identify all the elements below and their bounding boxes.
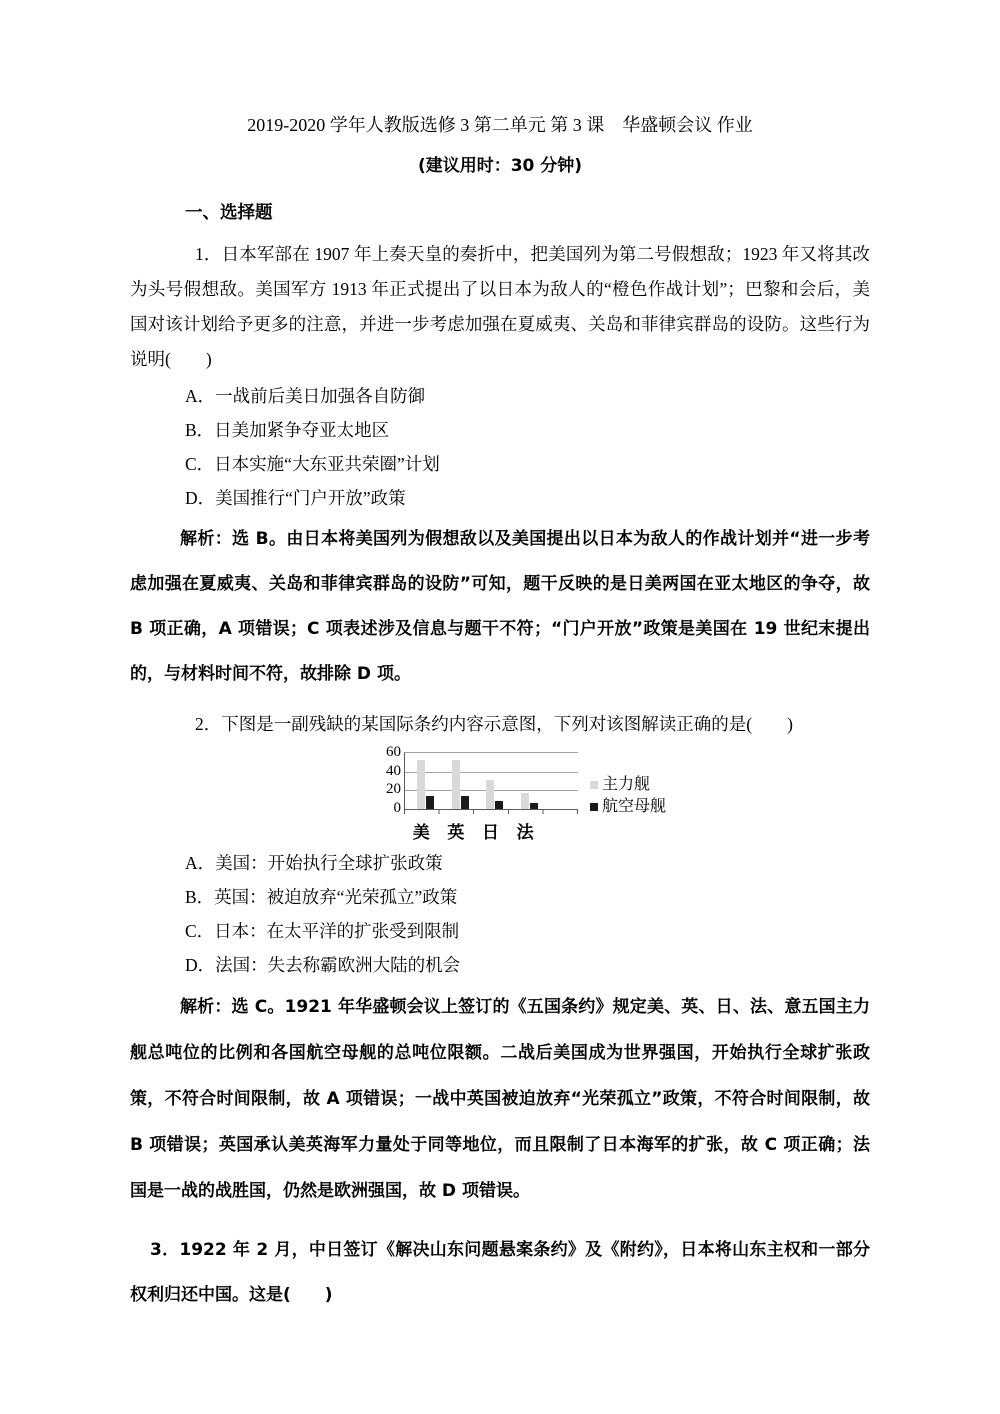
legend-item-carriers: 航空母舰	[590, 796, 666, 818]
category-label-uk: 英	[439, 818, 474, 843]
bar-carriers-uk	[461, 796, 469, 809]
bar-carriers-us	[426, 796, 434, 809]
question-2-options: A．美国：开始执行全球扩张政策 B．英国：被迫放弃“光荣孤立”政策 C．日本：在…	[130, 846, 870, 982]
chart-category-labels: 美 英 日 法	[404, 818, 577, 843]
document-title: 2019-2020 学年人教版选修 3 第二单元 第 3 课 华盛顿会议 作业	[130, 112, 870, 138]
bar-group-france	[509, 753, 544, 809]
treaty-tonnage-bar-chart: 60 40 20 0	[378, 752, 870, 842]
category-label-france: 法	[508, 818, 543, 843]
question-2-analysis: 解析：选 C。1921 年华盛顿会议上签订的《五国条约》规定美、英、日、法、意五…	[130, 984, 870, 1214]
question-1-option-a: A．一战前后美日加强各自防御	[185, 379, 870, 413]
category-label-us: 美	[404, 818, 439, 843]
question-1-option-b: B．日美加紧争夺亚太地区	[185, 413, 870, 447]
question-1-option-d: D．美国推行“门户开放”政策	[185, 481, 870, 515]
y-tick-0: 0	[378, 800, 401, 816]
chart-plot-area	[404, 752, 578, 810]
document-page: 2019-2020 学年人教版选修 3 第二单元 第 3 课 华盛顿会议 作业 …	[0, 0, 1000, 1414]
bar-group-uk	[440, 753, 475, 809]
bar-group-us	[405, 753, 440, 809]
legend-swatch-carriers	[590, 803, 598, 811]
legend-item-capital-ships: 主力舰	[590, 774, 666, 796]
y-tick-40: 40	[378, 763, 401, 779]
question-2-option-b: B．英国：被迫放弃“光荣孤立”政策	[185, 880, 870, 914]
question-1-analysis: 解析：选 B。由日本将美国列为假想敌以及美国提出以日本为敌人的作战计划并“进一步…	[130, 517, 870, 697]
chart-plot-column: 美 英 日 法	[404, 752, 578, 843]
question-1-text: 1．日本军部在 1907 年上奏天皇的奏折中，把美国列为第二号假想敌；1923 …	[130, 237, 870, 377]
x-axis-ticks	[404, 810, 578, 814]
question-1-options: A．一战前后美日加强各自防御 B．日美加紧争夺亚太地区 C．日本实施“大东亚共荣…	[130, 379, 870, 515]
bar-group-japan	[474, 753, 509, 809]
question-2-text: 2．下图是一副残缺的某国际条约内容示意图，下列对该图解读正确的是( )	[130, 707, 870, 742]
y-tick-60: 60	[378, 744, 401, 760]
question-2-option-c: C．日本：在太平洋的扩张受到限制	[185, 914, 870, 948]
legend-label-capital-ships: 主力舰	[602, 774, 650, 796]
bar-carriers-japan	[495, 801, 503, 809]
chart-legend: 主力舰 航空母舰	[590, 774, 666, 818]
legend-swatch-capital-ships	[590, 781, 598, 789]
section-heading-multiple-choice: 一、选择题	[185, 201, 870, 225]
bar-capital-ships-uk	[452, 760, 460, 809]
suggested-time-note: (建议用时：30 分钟)	[130, 153, 870, 179]
question-2-option-d: D．法国：失去称霸欧洲大陆的机会	[185, 948, 870, 982]
question-1-option-c: C．日本实施“大东亚共荣圈”计划	[185, 447, 870, 481]
bar-carriers-france	[530, 803, 538, 809]
category-label-japan: 日	[473, 818, 508, 843]
chart-y-axis: 60 40 20 0	[378, 752, 404, 808]
bar-capital-ships-france	[521, 793, 529, 809]
y-tick-20: 20	[378, 781, 401, 797]
bar-capital-ships-japan	[486, 780, 494, 809]
question-3-text: 3．1922 年 2 月，中日签订《解决山东问题悬案条约》及《附约》，日本将山东…	[130, 1228, 870, 1318]
question-2-option-a: A．美国：开始执行全球扩张政策	[185, 846, 870, 880]
bar-capital-ships-us	[417, 760, 425, 809]
legend-label-carriers: 航空母舰	[602, 796, 666, 818]
